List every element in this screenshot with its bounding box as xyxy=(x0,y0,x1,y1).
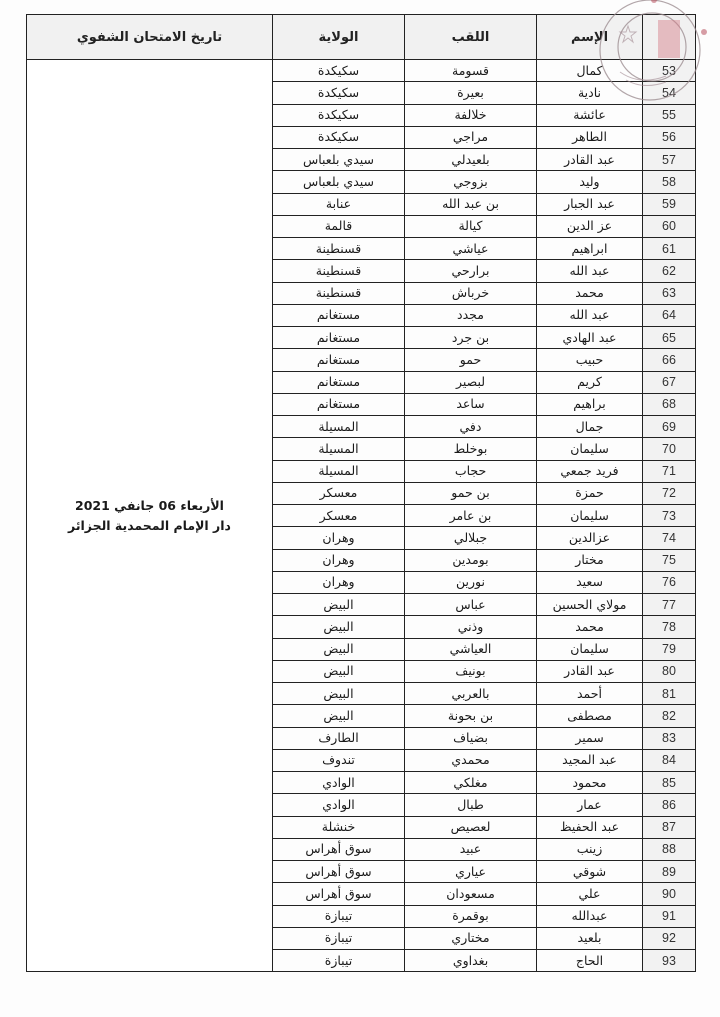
first-name-cell: عبد الحفيظ xyxy=(537,816,643,838)
last-name-cell: وذني xyxy=(405,616,537,638)
first-name-cell: محمود xyxy=(537,772,643,794)
last-name-cell: بوقمرة xyxy=(405,905,537,927)
row-number: 80 xyxy=(643,660,696,682)
wilaya-cell: مستغانم xyxy=(273,371,405,393)
wilaya-cell: معسكر xyxy=(273,505,405,527)
row-number: 92 xyxy=(643,927,696,949)
wilaya-cell: قسنطينة xyxy=(273,238,405,260)
row-number: 71 xyxy=(643,460,696,482)
first-name-cell: عبد الله xyxy=(537,304,643,326)
first-name-cell: سعيد xyxy=(537,571,643,593)
row-number: 82 xyxy=(643,705,696,727)
wilaya-cell: الوادي xyxy=(273,794,405,816)
row-number: 72 xyxy=(643,482,696,504)
row-number: 86 xyxy=(643,794,696,816)
row-number: 58 xyxy=(643,171,696,193)
wilaya-cell: قالمة xyxy=(273,215,405,237)
first-name-cell: كريم xyxy=(537,371,643,393)
first-name-cell: عبد الهادي xyxy=(537,327,643,349)
last-name-cell: نورين xyxy=(405,571,537,593)
first-name-cell: حمزة xyxy=(537,482,643,504)
wilaya-cell: مستغانم xyxy=(273,304,405,326)
first-name-cell: سليمان xyxy=(537,638,643,660)
last-name-cell: محمدي xyxy=(405,749,537,771)
scanned-document-page: الإسم اللقب الولاية تاريخ الامتحان الشفو… xyxy=(0,0,720,1017)
wilaya-cell: سكيكدة xyxy=(273,82,405,104)
last-name-cell: العياشي xyxy=(405,638,537,660)
wilaya-cell: عنابة xyxy=(273,193,405,215)
last-name-cell: بومدين xyxy=(405,549,537,571)
first-name-cell: جمال xyxy=(537,416,643,438)
row-number: 62 xyxy=(643,260,696,282)
first-name-cell: عمار xyxy=(537,794,643,816)
row-number: 89 xyxy=(643,861,696,883)
first-name-cell: عزالدين xyxy=(537,527,643,549)
wilaya-cell: سيدي بلعباس xyxy=(273,149,405,171)
last-name-cell: عياري xyxy=(405,861,537,883)
header-exam-date: تاريخ الامتحان الشفوي xyxy=(27,15,273,60)
wilaya-cell: المسيلة xyxy=(273,460,405,482)
first-name-cell: عبد القادر xyxy=(537,660,643,682)
wilaya-cell: البيض xyxy=(273,594,405,616)
wilaya-cell: خنشلة xyxy=(273,816,405,838)
first-name-cell: بلعيد xyxy=(537,927,643,949)
wilaya-cell: البيض xyxy=(273,660,405,682)
row-number: 59 xyxy=(643,193,696,215)
exam-date-text: الأربعاء 06 جانفي 2021 xyxy=(27,496,272,516)
last-name-cell: بن جرد xyxy=(405,327,537,349)
wilaya-cell: قسنطينة xyxy=(273,282,405,304)
first-name-cell: براهيم xyxy=(537,393,643,415)
last-name-cell: مسعودان xyxy=(405,883,537,905)
wilaya-cell: وهران xyxy=(273,571,405,593)
last-name-cell: بونيف xyxy=(405,660,537,682)
header-number xyxy=(643,15,696,60)
last-name-cell: بن عبد الله xyxy=(405,193,537,215)
last-name-cell: حجاب xyxy=(405,460,537,482)
wilaya-cell: وهران xyxy=(273,527,405,549)
row-number: 54 xyxy=(643,82,696,104)
last-name-cell: مختاري xyxy=(405,927,537,949)
first-name-cell: عبدالله xyxy=(537,905,643,927)
table-header-row: الإسم اللقب الولاية تاريخ الامتحان الشفو… xyxy=(27,15,696,60)
first-name-cell: سليمان xyxy=(537,505,643,527)
wilaya-cell: معسكر xyxy=(273,482,405,504)
wilaya-cell: تيبازة xyxy=(273,927,405,949)
row-number: 84 xyxy=(643,749,696,771)
row-number: 77 xyxy=(643,594,696,616)
wilaya-cell: المسيلة xyxy=(273,416,405,438)
last-name-cell: مراجي xyxy=(405,126,537,148)
wilaya-cell: سوق أهراس xyxy=(273,861,405,883)
row-number: 75 xyxy=(643,549,696,571)
last-name-cell: حمو xyxy=(405,349,537,371)
row-number: 81 xyxy=(643,683,696,705)
row-number: 57 xyxy=(643,149,696,171)
row-number: 78 xyxy=(643,616,696,638)
wilaya-cell: سكيكدة xyxy=(273,126,405,148)
row-number: 67 xyxy=(643,371,696,393)
first-name-cell: شوقي xyxy=(537,861,643,883)
candidates-table: الإسم اللقب الولاية تاريخ الامتحان الشفو… xyxy=(26,14,696,972)
first-name-cell: الطاهر xyxy=(537,126,643,148)
row-number: 66 xyxy=(643,349,696,371)
last-name-cell: بن عامر xyxy=(405,505,537,527)
header-first-name: الإسم xyxy=(537,15,643,60)
first-name-cell: مختار xyxy=(537,549,643,571)
row-number: 85 xyxy=(643,772,696,794)
row-number: 65 xyxy=(643,327,696,349)
table-body: 53كمالقسومةسكيكدةالأربعاء 06 جانفي 2021د… xyxy=(27,60,696,972)
row-number: 61 xyxy=(643,238,696,260)
first-name-cell: سليمان xyxy=(537,438,643,460)
row-number: 70 xyxy=(643,438,696,460)
last-name-cell: قسومة xyxy=(405,60,537,82)
last-name-cell: مغلكي xyxy=(405,772,537,794)
wilaya-cell: سوق أهراس xyxy=(273,883,405,905)
last-name-cell: بغداوي xyxy=(405,950,537,972)
exam-location-text: دار الإمام المحمدية الجزائر xyxy=(27,516,272,536)
first-name-cell: وليد xyxy=(537,171,643,193)
row-number: 69 xyxy=(643,416,696,438)
row-number: 83 xyxy=(643,727,696,749)
last-name-cell: برارحي xyxy=(405,260,537,282)
wilaya-cell: مستغانم xyxy=(273,393,405,415)
last-name-cell: بوخلط xyxy=(405,438,537,460)
row-number: 63 xyxy=(643,282,696,304)
first-name-cell: عز الدين xyxy=(537,215,643,237)
first-name-cell: حبيب xyxy=(537,349,643,371)
header-last-name: اللقب xyxy=(405,15,537,60)
last-name-cell: خلالفة xyxy=(405,104,537,126)
wilaya-cell: تندوف xyxy=(273,749,405,771)
wilaya-cell: وهران xyxy=(273,549,405,571)
last-name-cell: بضياف xyxy=(405,727,537,749)
last-name-cell: عبيد xyxy=(405,838,537,860)
wilaya-cell: سوق أهراس xyxy=(273,838,405,860)
first-name-cell: علي xyxy=(537,883,643,905)
first-name-cell: الحاج xyxy=(537,950,643,972)
row-number: 56 xyxy=(643,126,696,148)
row-number: 90 xyxy=(643,883,696,905)
first-name-cell: محمد xyxy=(537,616,643,638)
last-name-cell: طبال xyxy=(405,794,537,816)
last-name-cell: مجدد xyxy=(405,304,537,326)
last-name-cell: كيالة xyxy=(405,215,537,237)
last-name-cell: بن بحونة xyxy=(405,705,537,727)
row-number: 91 xyxy=(643,905,696,927)
row-number: 60 xyxy=(643,215,696,237)
first-name-cell: سمير xyxy=(537,727,643,749)
first-name-cell: مولاي الحسين xyxy=(537,594,643,616)
last-name-cell: عباس xyxy=(405,594,537,616)
last-name-cell: دفي xyxy=(405,416,537,438)
first-name-cell: أحمد xyxy=(537,683,643,705)
wilaya-cell: البيض xyxy=(273,638,405,660)
wilaya-cell: مستغانم xyxy=(273,327,405,349)
row-number: 68 xyxy=(643,393,696,415)
wilaya-cell: تيبازة xyxy=(273,905,405,927)
row-number: 93 xyxy=(643,950,696,972)
last-name-cell: بلعيدلي xyxy=(405,149,537,171)
wilaya-cell: قسنطينة xyxy=(273,260,405,282)
last-name-cell: خرباش xyxy=(405,282,537,304)
last-name-cell: لعصيص xyxy=(405,816,537,838)
row-number: 87 xyxy=(643,816,696,838)
last-name-cell: بعيرة xyxy=(405,82,537,104)
wilaya-cell: سكيكدة xyxy=(273,60,405,82)
wilaya-cell: البيض xyxy=(273,705,405,727)
first-name-cell: نادية xyxy=(537,82,643,104)
row-number: 88 xyxy=(643,838,696,860)
first-name-cell: مصطفى xyxy=(537,705,643,727)
row-number: 73 xyxy=(643,505,696,527)
row-number: 64 xyxy=(643,304,696,326)
last-name-cell: ساعد xyxy=(405,393,537,415)
first-name-cell: فريد جمعي xyxy=(537,460,643,482)
first-name-cell: عبد الجبار xyxy=(537,193,643,215)
last-name-cell: جبلالي xyxy=(405,527,537,549)
row-number: 53 xyxy=(643,60,696,82)
row-number: 76 xyxy=(643,571,696,593)
wilaya-cell: الوادي xyxy=(273,772,405,794)
last-name-cell: بالعربي xyxy=(405,683,537,705)
wilaya-cell: مستغانم xyxy=(273,349,405,371)
row-number: 74 xyxy=(643,527,696,549)
first-name-cell: كمال xyxy=(537,60,643,82)
header-wilaya: الولاية xyxy=(273,15,405,60)
exam-date-cell: الأربعاء 06 جانفي 2021دار الإمام المحمدي… xyxy=(27,60,273,972)
wilaya-cell: الطارف xyxy=(273,727,405,749)
row-number: 79 xyxy=(643,638,696,660)
last-name-cell: لبصير xyxy=(405,371,537,393)
last-name-cell: بزوجي xyxy=(405,171,537,193)
wilaya-cell: المسيلة xyxy=(273,438,405,460)
row-number: 55 xyxy=(643,104,696,126)
wilaya-cell: تيبازة xyxy=(273,950,405,972)
first-name-cell: زينب xyxy=(537,838,643,860)
wilaya-cell: سكيكدة xyxy=(273,104,405,126)
first-name-cell: عبد القادر xyxy=(537,149,643,171)
first-name-cell: محمد xyxy=(537,282,643,304)
wilaya-cell: البيض xyxy=(273,616,405,638)
first-name-cell: ابراهيم xyxy=(537,238,643,260)
wilaya-cell: سيدي بلعباس xyxy=(273,171,405,193)
last-name-cell: بن حمو xyxy=(405,482,537,504)
table-row: 53كمالقسومةسكيكدةالأربعاء 06 جانفي 2021د… xyxy=(27,60,696,82)
first-name-cell: عبد المجيد xyxy=(537,749,643,771)
last-name-cell: عياشي xyxy=(405,238,537,260)
first-name-cell: عائشة xyxy=(537,104,643,126)
wilaya-cell: البيض xyxy=(273,683,405,705)
first-name-cell: عبد الله xyxy=(537,260,643,282)
